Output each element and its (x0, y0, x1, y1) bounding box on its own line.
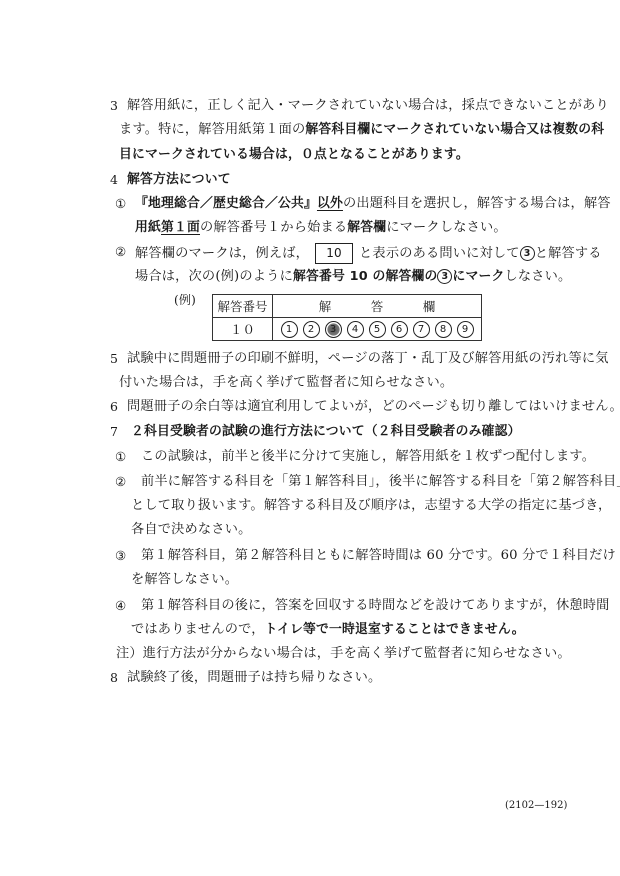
item-7-4-line-1: 第１解答科目の後に，答案を回収する時間などを設けてありますが，休憩時間 (141, 597, 610, 615)
bubble-8-icon: 8 (435, 321, 452, 338)
item-7-note: 注）進行方法が分からない場合は，手を高く挙げて監督者に知らせなさい。 (116, 645, 571, 663)
answer-bubbles: 123456789 (273, 318, 482, 341)
item-6-line-1: 問題冊子の余白等は適宜利用してよいが，どのページも切り離してはいけません。 (127, 398, 620, 416)
item-4-2-line-2: 場合は，次の(例)のように解答番号 10 の解答欄の3にマークしなさい。 (135, 268, 571, 286)
item-number: 4 (110, 171, 118, 189)
item-7-2-line-3: 各自で決めなさい。 (131, 521, 252, 539)
bubble-7-icon: 7 (413, 321, 430, 338)
item-7-4-line-2: ではありませんので，トイレ等で一時退室することはできません。 (131, 621, 525, 639)
item-7-3-line-1: 第１解答科目，第２解答科目ともに解答時間は 60 分です。60 分で１科目だけ (141, 547, 616, 565)
item-4-1-line-1: 『地理総合／歴史総合／公共』以外の出題科目を選択し，解答する場合は，解答 (135, 195, 611, 213)
item-4-title: 解答方法について (127, 171, 231, 189)
example-answer-table: 解答番号 解答欄 １０ 123456789 (212, 294, 482, 341)
item-number: 5 (110, 350, 118, 368)
item-number: 7 (110, 423, 118, 441)
example-label: (例) (174, 291, 196, 309)
sub-marker: ① (115, 195, 126, 213)
item-5-line-1: 試験中に問題冊子の印刷不鮮明，ページの落丁・乱丁及び解答用紙の汚れ等に気 (127, 350, 609, 368)
item-7-1-line-1: この試験は，前半と後半に分けて実施し，解答用紙を１枚ずつ配付します。 (141, 448, 595, 466)
circled-3-icon: 3 (437, 269, 452, 284)
item-number: 6 (110, 398, 118, 416)
bubble-4-icon: 4 (347, 321, 364, 338)
sub-marker: ③ (115, 547, 126, 565)
item-number: 3 (110, 97, 118, 115)
bubble-5-icon: 5 (369, 321, 386, 338)
item-7-3-line-2: を解答しなさい。 (131, 571, 238, 589)
item-3-line-3: 目にマークされている場合は，０点となることがあります。 (119, 146, 469, 164)
bubble-2-icon: 2 (303, 321, 320, 338)
sub-marker: ② (115, 473, 126, 491)
item-number: 8 (110, 669, 118, 687)
answer-number-box: 10 (315, 243, 353, 264)
answer-number-header: 解答番号 (213, 295, 273, 318)
item-3-line-2: ます。特に，解答用紙第１面の解答科目欄にマークされていない場合又は複数の科 (119, 121, 604, 139)
sub-marker: ② (115, 243, 126, 261)
item-5-line-2: 付いた場合は，手を高く挙げて監督者に知らせなさい。 (119, 374, 453, 392)
item-7-2-line-1: 前半に解答する科目を「第１解答科目」，後半に解答する科目を「第２解答科目」 (141, 473, 620, 491)
item-7-2-line-2: として取り扱います。解答する科目及び順序は，志望する大学の指定に基づき， (131, 497, 611, 515)
bold-warning: 解答科目欄にマークされていない場合又は複数の科 (305, 122, 604, 137)
item-8-line-1: 試験終了後，問題冊子は持ち帰りなさい。 (127, 669, 381, 687)
bold-warning: トイレ等で一時退室することはできません。 (265, 622, 525, 637)
circled-3-icon: 3 (520, 246, 535, 261)
bubble-3-marked-icon: 3 (325, 321, 342, 338)
answer-number-cell: １０ (213, 318, 273, 341)
sub-marker: ④ (115, 597, 126, 615)
bubble-6-icon: 6 (391, 321, 408, 338)
answer-area-header: 解答欄 (273, 295, 482, 318)
page-code: (2102—192) (505, 800, 567, 811)
item-3-line-1: 解答用紙に，正しく記入・マークされていない場合は，採点できないことがあり (127, 97, 609, 115)
item-7-title: ２科目受験者の試験の進行方法について（２科目受験者のみ確認） (131, 423, 521, 441)
item-4-1-line-2: 用紙第１面の解答番号１から始まる解答欄にマークしなさい。 (135, 219, 507, 237)
item-4-2-line-1: 解答欄のマークは，例えば，10と表示のある問いに対して3と解答する (135, 243, 602, 264)
bubble-1-icon: 1 (281, 321, 298, 338)
bubble-9-icon: 9 (457, 321, 474, 338)
sub-marker: ① (115, 448, 126, 466)
